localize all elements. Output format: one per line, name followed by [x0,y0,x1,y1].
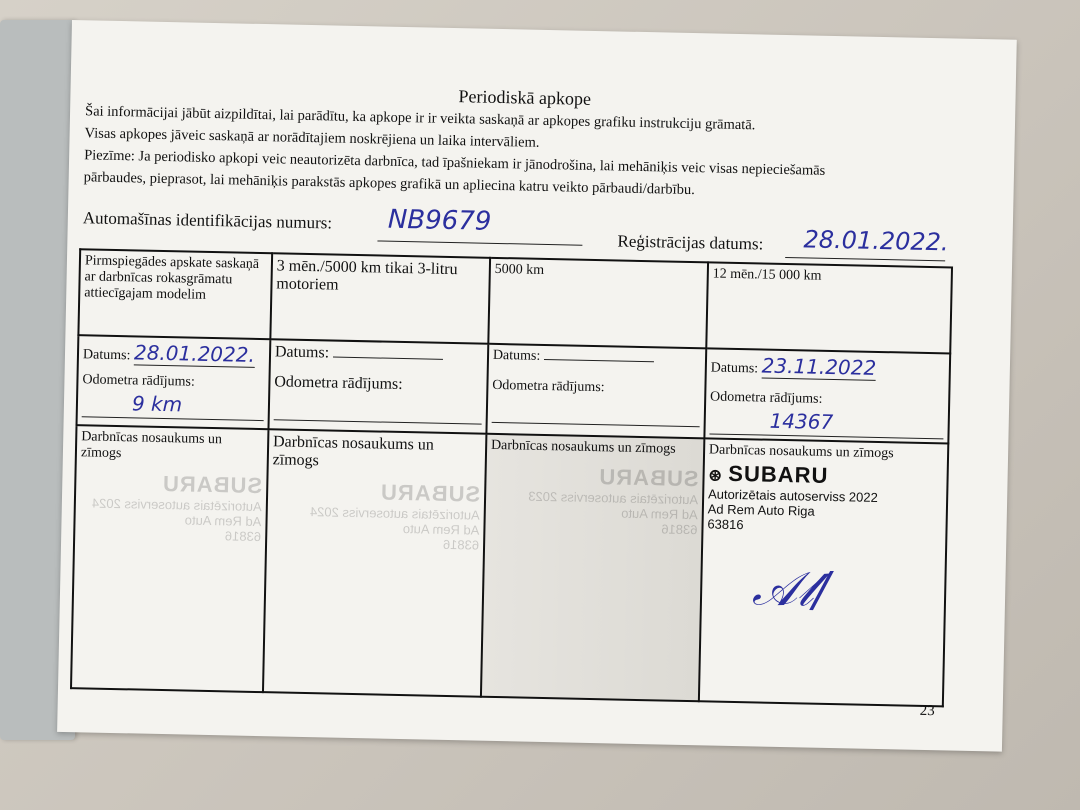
col-header: 12 mēn./15 000 km [706,262,952,353]
odometer-label: Odometra rādījums: [82,372,264,392]
workshop-row: Darbnīcas nosaukums un zīmogs SUBARU Aut… [71,425,948,706]
date-label: Datums: [275,343,330,361]
service-table: Pirmspiegādes apskate saskaņā ar darbnīc… [70,248,953,707]
date-value[interactable]: 23.11.2022 [761,354,876,381]
workshop-cell: Darbnīcas nosaukums un zīmogs SUBARU Aut… [71,425,268,692]
col-header: Pirmspiegādes apskate saskaņā ar darbnīc… [78,249,272,339]
workshop-cell: Darbnīcas nosaukums un zīmogs ⊛ SUBARU A… [699,438,949,706]
intro-text: Šai informācijai jābūt aizpildītai, lai … [83,100,985,207]
odometer-value[interactable] [491,396,700,427]
date-label: Datums: [83,347,131,363]
entry-cell: Datums: Odometra rādījums: [268,339,488,434]
stamp-line: 63816 [79,525,261,544]
date-label: Datums: [711,360,759,376]
odometer-label: Odometra rādījums: [274,373,482,395]
workshop-cell: Darbnīcas nosaukums un zīmogs SUBARU Aut… [481,434,704,702]
vehicle-id-label: Automašīnas identifikācijas numurs: [83,208,333,233]
odometer-value[interactable] [273,393,482,424]
entry-cell: Datums: 23.11.2022 Odometra rādījums: 14… [704,348,950,443]
faded-stamp: SUBARU Autorizētais autoserviss 2024 Ad … [79,469,262,544]
date-label: Datums: [493,348,541,364]
page-number: 23 [920,703,935,720]
page-title: Periodiskā apkope [458,86,591,110]
workshop-label: Darbnīcas nosaukums un zīmogs [81,429,263,465]
odometer-label: Odometra rādījums: [492,378,700,398]
vehicle-id-value[interactable]: NB9679 [388,205,492,237]
workshop-label: Darbnīcas nosaukums un zīmogs [491,438,699,458]
vehicle-id-underline [377,240,582,245]
entry-cell: Datums: Odometra rādījums: [486,344,706,439]
registration-underline [785,257,945,261]
maintenance-page: Periodiskā apkope Šai informācijai jābūt… [57,20,1017,752]
stamp-line: 63816 [489,518,697,537]
subaru-logo-icon: SUBARU [80,469,262,499]
workshop-cell: Darbnīcas nosaukums un zīmogs SUBARU Aut… [263,429,486,697]
odometer-value[interactable]: 14367 [709,407,944,439]
faded-stamp: SUBARU Autorizētais autoserviss 2024 Ad … [271,477,480,552]
faded-stamp: SUBARU Autorizētais autoserviss 2023 Ad … [489,462,698,537]
registration-value[interactable]: 28.01.2022. [803,225,949,256]
date-value[interactable] [333,357,443,360]
col-header: 5000 km [488,258,708,349]
registration-label: Reģistrācijas datums: [617,231,763,254]
workshop-label: Darbnīcas nosaukums un zīmogs [272,433,481,473]
stamp-line: 63816 [271,533,479,552]
col-header: 3 mēn./5000 km tikai 3-litru motoriem [270,253,490,344]
date-value[interactable]: 28.01.2022. [134,340,255,368]
workshop-stamp: ⊛ SUBARU Autorizētais autoserviss 2022 A… [707,460,943,536]
entry-cell: Datums: 28.01.2022. Odometra rādījums: 9… [77,335,271,429]
odometer-value[interactable]: 9 km [82,390,264,421]
date-value[interactable] [544,359,654,362]
signature-icon: 𝒜𝓁/ [751,560,830,619]
